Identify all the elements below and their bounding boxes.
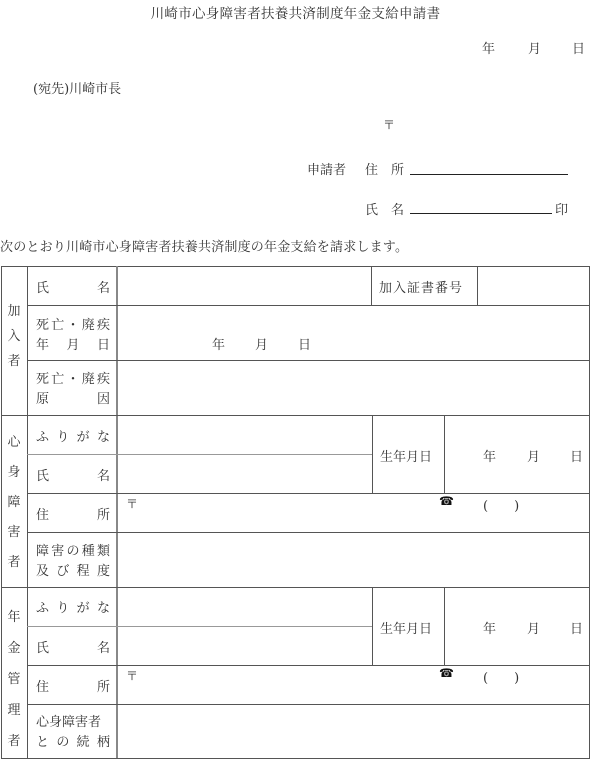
label-char: 類 [97, 542, 110, 562]
label-char: 死 [36, 316, 49, 336]
label-char: 因 [97, 390, 110, 410]
phone-icon: ☎ [439, 494, 454, 508]
label-char: が [77, 426, 90, 445]
cert-divider-right [477, 266, 478, 305]
label-char: ・ [66, 316, 79, 336]
manager-address-label: 住 所 [36, 676, 110, 695]
label-char: 名 [97, 277, 110, 296]
manager-name-field[interactable] [118, 627, 371, 664]
date-month-label: 月 [528, 38, 541, 57]
label-char: 原 [36, 390, 49, 410]
label-char: 住 [36, 504, 49, 523]
label-char: の [66, 542, 79, 562]
member-death-date-label: 死 亡 ・ 廃 疾 年 月 日 [36, 316, 110, 356]
date-day-label: 日 [572, 38, 585, 57]
label-char: り [56, 597, 69, 616]
member-name-label: 氏 名 [36, 277, 110, 296]
disabled-address-field[interactable]: 〒 ☎ ( ) [118, 494, 589, 531]
label-char: 名 [97, 637, 110, 656]
manager-name-label: 氏 名 [36, 637, 110, 656]
label-line: 心身障害者 [36, 713, 110, 733]
phone-parens: ( ) [483, 495, 519, 514]
label-char: 所 [97, 504, 110, 523]
label-char: 年 [36, 336, 49, 356]
label-char: び [56, 562, 69, 582]
disability-type-label: 障 害 の 種 類 及 び 程 度 [36, 542, 110, 582]
date-month-label: 月 [527, 618, 540, 637]
header-char: 管 [1, 664, 27, 695]
label-char: 及 [36, 562, 49, 582]
header-char: 者 [1, 349, 27, 374]
manager-furigana-field[interactable] [118, 588, 371, 625]
label-char: 廃 [82, 316, 95, 336]
label-char: 月 [66, 336, 79, 356]
label-char: 障 [36, 542, 49, 562]
disabled-address-label: 住 所 [36, 504, 110, 523]
label-char: が [77, 597, 90, 616]
cert-number-field[interactable] [479, 267, 589, 305]
section-header-member: 加 入 者 [1, 299, 27, 374]
manager-birth-label: 生年月日 [380, 618, 432, 637]
label-char: 続 [77, 733, 90, 753]
header-char: 身 [1, 458, 27, 488]
label-char: 疾 [97, 316, 110, 336]
birth-divider-right [444, 415, 445, 493]
header-char: 金 [1, 633, 27, 664]
label-char: 廃 [82, 370, 95, 390]
disabled-furigana-label: ふ り が な [36, 426, 110, 445]
header-char: 害 [1, 518, 27, 548]
document-title: 川崎市心身障害者扶養共済制度年金支給申請書 [0, 2, 591, 22]
date-year-label: 年 [482, 38, 495, 57]
label-char: 害 [51, 542, 64, 562]
birth-divider-left [372, 587, 373, 665]
applicant-address-field[interactable] [410, 174, 568, 175]
header-char: 者 [1, 548, 27, 578]
label-char: 程 [77, 562, 90, 582]
addressee: (宛先)川崎市長 [33, 78, 121, 97]
section-header-disabled-person: 心 身 障 害 者 [1, 428, 27, 578]
table-border-bottom [1, 758, 590, 759]
label-char: ふ [36, 426, 49, 445]
birth-divider-left [372, 415, 373, 493]
label-char: 氏 [36, 637, 49, 656]
manager-address-field[interactable]: 〒 ☎ ( ) [118, 666, 589, 703]
birth-divider-right [444, 587, 445, 665]
header-char: 心 [1, 428, 27, 458]
applicant-label: 申請者 [307, 159, 346, 178]
label-char: 住 [36, 676, 49, 695]
label-char: 日 [97, 336, 110, 356]
postal-mark: 〒 [126, 495, 138, 512]
header-char: 者 [1, 726, 27, 757]
date-year-label: 年 [483, 618, 496, 637]
label-char: ・ [66, 370, 79, 390]
disabled-birth-label: 生年月日 [380, 446, 432, 465]
disabled-name-field[interactable] [118, 455, 371, 492]
label-char: な [97, 426, 110, 445]
label-char: と [36, 733, 49, 753]
label-char: り [56, 426, 69, 445]
date-day-label: 日 [570, 618, 583, 637]
header-char: 入 [1, 324, 27, 349]
seal-label: 印 [555, 199, 568, 218]
header-char: 年 [1, 602, 27, 633]
applicant-name-field[interactable] [410, 213, 552, 214]
manager-birth-field[interactable]: 年 月 日 [446, 588, 589, 664]
section-header-divider [27, 266, 28, 758]
date-day-label: 日 [298, 334, 311, 353]
member-death-cause-label: 死 亡 ・ 廃 疾 原 因 [36, 370, 110, 410]
cert-number-label: 加入証書番号 [379, 277, 463, 296]
applicant-address-label: 住 所 [365, 159, 404, 178]
table-border-right [589, 266, 590, 758]
applicant-postal-mark: 〒 [383, 116, 395, 133]
label-char: 度 [97, 562, 110, 582]
request-statement: 次のとおり川崎市心身障害者扶養共済制度の年金支給を請求します。 [0, 236, 408, 255]
header-char: 加 [1, 299, 27, 324]
label-char: 種 [82, 542, 95, 562]
label-char: 氏 [36, 277, 49, 296]
label-char: 柄 [97, 733, 110, 753]
disabled-name-label: 氏 名 [36, 465, 110, 484]
date-month-label: 月 [255, 334, 268, 353]
date-day-label: 日 [570, 446, 583, 465]
label-char: 死 [36, 370, 49, 390]
header-char: 障 [1, 488, 27, 518]
label-char: 名 [97, 465, 110, 484]
date-month-label: 月 [527, 446, 540, 465]
section-header-pension-manager: 年 金 管 理 者 [1, 602, 27, 757]
manager-furigana-label: ふ り が な [36, 597, 110, 616]
label-char: な [97, 597, 110, 616]
label-char: の [56, 733, 69, 753]
member-death-cause-field[interactable] [118, 361, 589, 415]
disability-type-field[interactable] [118, 533, 589, 587]
label-char: 疾 [97, 370, 110, 390]
cert-divider-left [371, 266, 372, 305]
member-name-field[interactable] [118, 267, 370, 305]
relation-label: 心身障害者 と の 続 柄 [36, 713, 110, 753]
relation-field[interactable] [118, 705, 589, 758]
date-year-label: 年 [212, 334, 225, 353]
date-year-label: 年 [483, 446, 496, 465]
phone-parens: ( ) [483, 667, 519, 686]
label-char: ふ [36, 597, 49, 616]
disabled-furigana-field[interactable] [118, 416, 371, 453]
disabled-birth-field[interactable]: 年 月 日 [446, 416, 589, 492]
label-char: 亡 [51, 316, 64, 336]
header-char: 理 [1, 695, 27, 726]
member-death-date-field[interactable]: 年 月 日 [118, 306, 589, 360]
label-char: 氏 [36, 465, 49, 484]
applicant-name-label: 氏 名 [365, 199, 404, 218]
postal-mark: 〒 [126, 667, 138, 684]
phone-icon: ☎ [439, 666, 454, 680]
label-char: 亡 [51, 370, 64, 390]
label-char: 所 [97, 676, 110, 695]
